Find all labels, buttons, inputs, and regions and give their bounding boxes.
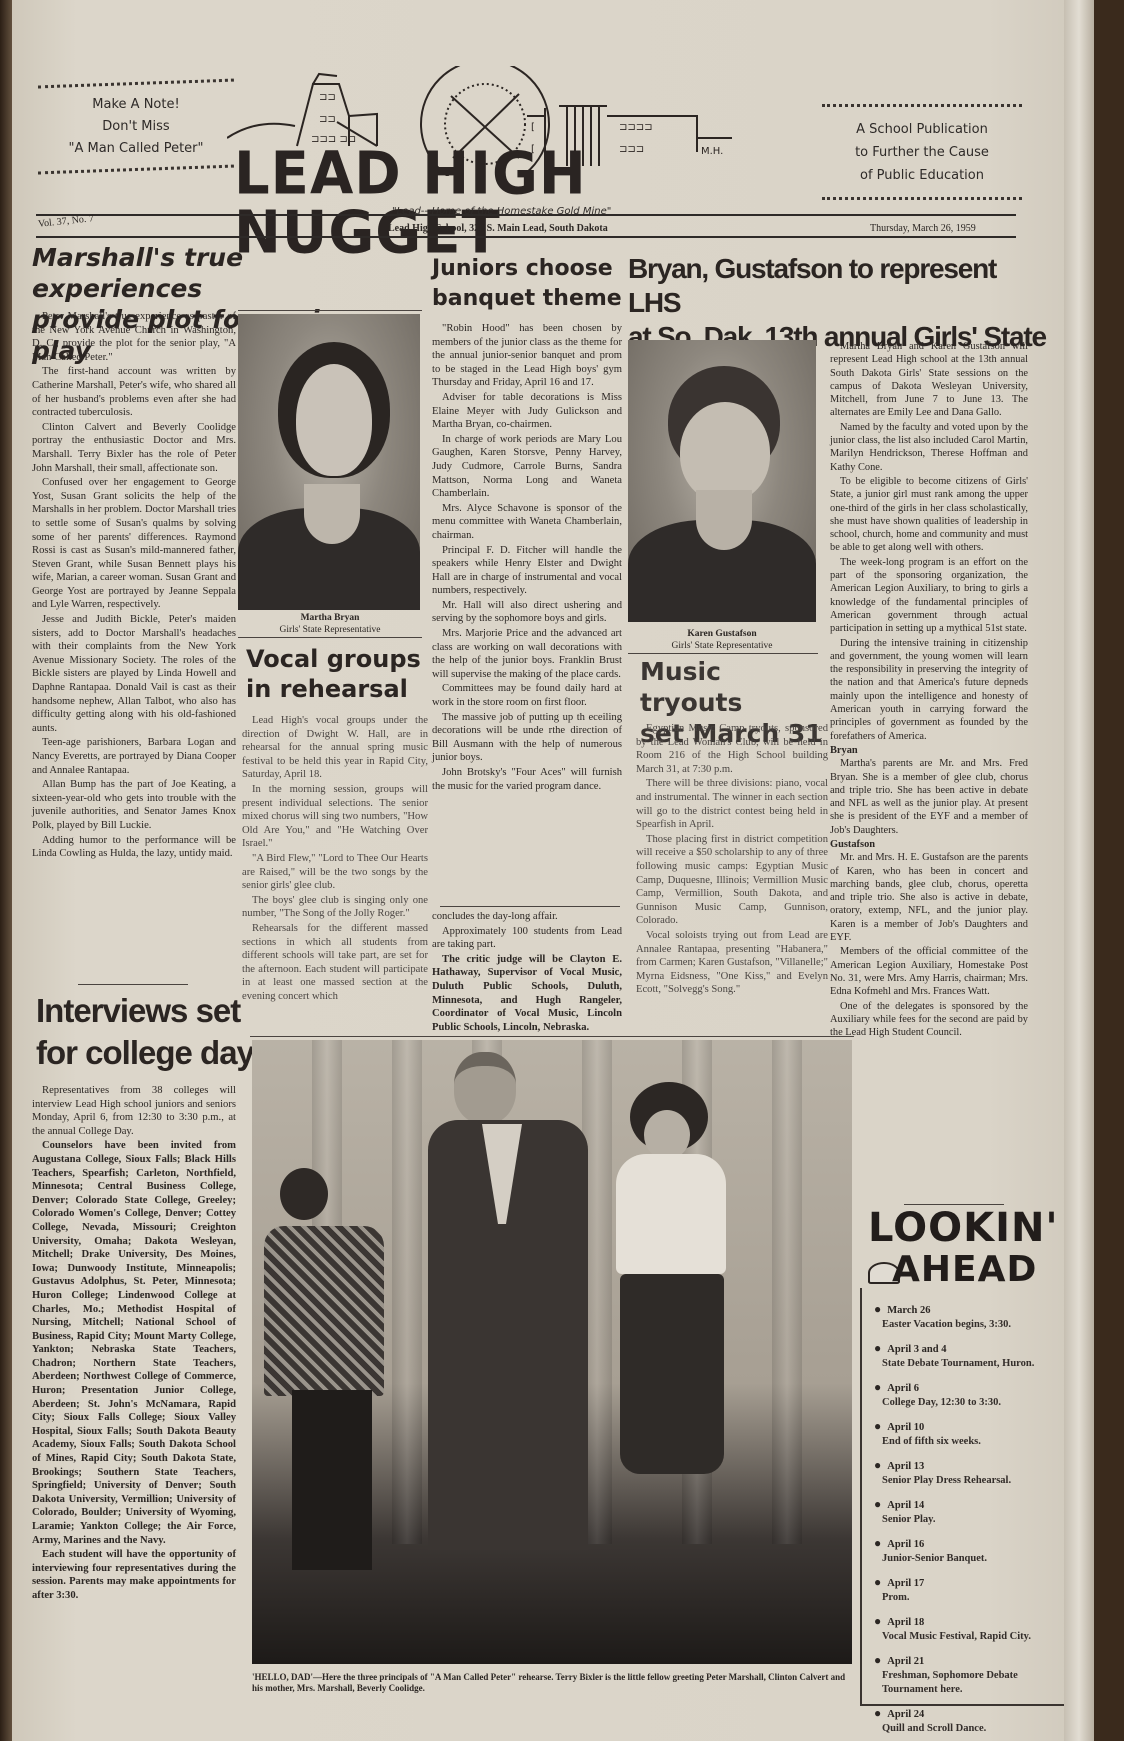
column-rule — [238, 310, 422, 311]
newspaper-page: Make A Note! Don't Miss "A Man Called Pe… — [12, 0, 1094, 1741]
paragraph: Martha Bryan and Karen Gustafson will re… — [830, 340, 1028, 420]
svg-text:⊐⊐⊐⊐: ⊐⊐⊐⊐ — [619, 122, 653, 133]
paragraph: Adviser for table decorations is Miss El… — [432, 391, 622, 432]
decorative-rule — [38, 79, 234, 90]
event-desc: Vocal Music Festival, Rapid City. — [874, 1630, 1054, 1644]
paragraph: The critic judge will be Clayton E. Hath… — [432, 953, 622, 1035]
martha-bryan-portrait — [238, 314, 420, 610]
headline-line: for college day — [36, 1032, 256, 1074]
column-rule — [238, 637, 422, 638]
column-rule — [628, 653, 818, 654]
paragraph: Lead High's vocal groups under the direc… — [242, 714, 428, 782]
event-item: April 13Senior Play Dress Rehearsal. — [874, 1458, 1054, 1488]
paragraph: Peter Marshall's true experience as past… — [32, 310, 236, 364]
event-desc: State Debate Tournament, Huron. — [874, 1357, 1054, 1371]
event-date: April 24 — [874, 1706, 1054, 1722]
paragraph: Those placing first in district competit… — [636, 833, 828, 928]
paragraph: In charge of work periods are Mary Lou G… — [432, 433, 622, 501]
curtain-fold — [392, 1040, 422, 1544]
headline-line: banquet theme — [432, 284, 632, 314]
paragraph: The boys' glee club is singing only one … — [242, 894, 428, 921]
promo-line: A School Publication — [822, 118, 1022, 141]
paragraph: Mr. Hall will also direct ushering and s… — [432, 599, 622, 626]
event-desc: Senior Play Dress Rehearsal. — [874, 1474, 1054, 1488]
paragraph: Mr. and Mrs. H. E. Gustafson are the par… — [830, 851, 1028, 944]
event-desc: Junior-Senior Banquet. — [874, 1552, 1054, 1566]
event-date: April 3 and 4 — [874, 1341, 1054, 1357]
caption-name: Karen Gustafson — [624, 628, 820, 640]
svg-text:⊐⊐: ⊐⊐ — [319, 114, 336, 125]
subhead-gustafson: Gustafson — [830, 838, 1028, 851]
paragraph: Egyptian Music Camp tryouts, sponsored b… — [636, 722, 828, 776]
paragraph: Committees may be found daily hard at wo… — [432, 682, 622, 709]
paragraph: Allan Bump has the part of Joe Keating, … — [32, 778, 236, 832]
event-date: April 17 — [874, 1575, 1054, 1591]
headline-line: Juniors choose — [432, 254, 632, 284]
paragraph: Representatives from 38 colleges will in… — [32, 1084, 236, 1138]
promo-line: to Further the Cause — [822, 141, 1022, 164]
decorative-rule — [822, 197, 1022, 201]
paragraph: Members of the official committee of the… — [830, 945, 1028, 998]
event-item: April 16Junior-Senior Banquet. — [874, 1536, 1054, 1566]
event-desc: Easter Vacation begins, 3:30. — [874, 1318, 1054, 1332]
event-desc: Senior Play. — [874, 1513, 1054, 1527]
paragraph: Counselors have been invited from August… — [32, 1139, 236, 1547]
headline-line: Interviews set — [36, 990, 256, 1032]
college-day-article: Representatives from 38 colleges will in… — [32, 1084, 236, 1604]
promo-line: Don't Miss — [38, 116, 234, 138]
photo-caption: 'HELLO, DAD'—Here the three principals o… — [252, 1672, 856, 1694]
portrait-face — [680, 402, 770, 502]
paragraph: The week-long program is an effort on th… — [830, 556, 1028, 636]
masthead-promo-left: Make A Note! Don't Miss "A Man Called Pe… — [38, 82, 234, 172]
headline-line: Vocal groups — [246, 644, 430, 674]
event-date: April 18 — [874, 1614, 1054, 1630]
portrait-face — [296, 364, 372, 476]
paragraph: Each student will have the opportunity o… — [32, 1548, 236, 1602]
event-date: April 13 — [874, 1458, 1054, 1474]
boy-figure — [292, 1390, 372, 1570]
paragraph: One of the delegates is sponsored by the… — [830, 1000, 1028, 1040]
curtain-fold — [772, 1040, 802, 1544]
paragraph: The massive job of putting up th eceilin… — [432, 711, 622, 765]
school-address: Lead High School, 320 S. Main Lead, Sout… — [388, 223, 608, 234]
paragraph: Principal F. D. Fitcher will handle the … — [432, 544, 622, 598]
event-item: April 6College Day, 12:30 to 3:30. — [874, 1380, 1054, 1410]
event-item: April 3 and 4State Debate Tournament, Hu… — [874, 1341, 1054, 1371]
headline-line: in rehearsal — [246, 674, 430, 704]
paragraph: Jesse and Judith Bickle, Peter's maiden … — [32, 613, 236, 735]
event-item: April 10End of fifth six weeks. — [874, 1419, 1054, 1449]
svg-text:[: [ — [531, 122, 535, 133]
subhead-bryan: Bryan — [830, 744, 1028, 757]
paragraph: Approximately 100 students from Lead are… — [432, 925, 622, 952]
event-desc: College Day, 12:30 to 3:30. — [874, 1396, 1054, 1410]
paragraph: concludes the day-long affair. — [432, 910, 622, 924]
paragraph: The first-hand account was written by Ca… — [32, 365, 236, 419]
lookin-ahead-title: LOOKIN' — [868, 1208, 1059, 1248]
caption-name: Martha Bryan — [238, 612, 422, 624]
paragraph: Martha's parents are Mr. and Mrs. Fred B… — [830, 757, 1028, 837]
paragraph: During the intensive training in citizen… — [830, 637, 1028, 743]
music-tryouts-article: Egyptian Music Camp tryouts, sponsored b… — [636, 722, 828, 998]
woman-figure — [616, 1154, 726, 1274]
woman-figure — [644, 1110, 690, 1160]
boy-figure — [280, 1168, 328, 1220]
masthead-rule — [36, 214, 1016, 216]
event-item: April 18Vocal Music Festival, Rapid City… — [874, 1614, 1054, 1644]
martha-bryan-caption: Martha Bryan Girls' State Representative — [238, 612, 422, 636]
event-date: April 6 — [874, 1380, 1054, 1396]
paragraph: John Brotsky's "Four Aces" will furnish … — [432, 766, 622, 793]
issue-date: Thursday, March 26, 1959 — [870, 223, 976, 234]
paragraph: Confused over her engagement to George Y… — [32, 476, 236, 612]
event-item: April 14Senior Play. — [874, 1497, 1054, 1527]
svg-text:⊐⊐: ⊐⊐ — [319, 92, 336, 103]
promo-line: Make A Note! — [38, 94, 234, 116]
caption-title: Girls' State Representative — [624, 640, 820, 652]
event-date: April 10 — [874, 1419, 1054, 1435]
event-date: April 14 — [874, 1497, 1054, 1513]
event-date: March 26 — [874, 1302, 1054, 1318]
paragraph: Clinton Calvert and Beverly Coolidge por… — [32, 421, 236, 475]
promo-line: of Public Education — [822, 164, 1022, 187]
vocal-groups-headline: Vocal groups in rehearsal — [246, 644, 430, 704]
karen-gustafson-portrait — [628, 340, 816, 622]
event-desc: Prom. — [874, 1591, 1054, 1605]
promo-line: "A Man Called Peter" — [38, 138, 234, 160]
event-desc: Quill and Scroll Dance. — [874, 1722, 1054, 1736]
vocal-groups-article: Lead High's vocal groups under the direc… — [242, 714, 428, 1004]
masthead-promo-right: A School Publication to Further the Caus… — [822, 104, 1022, 201]
paragraph: Vocal soloists trying out from Lead are … — [636, 929, 828, 997]
event-item: April 21Freshman, Sophomore Debate Tourn… — [874, 1653, 1054, 1697]
decorative-rule — [822, 104, 1022, 108]
page-edge — [1064, 0, 1094, 1741]
event-desc: Freshman, Sophomore Debate Tournament he… — [874, 1669, 1054, 1697]
paragraph: Named by the faculty and voted upon by t… — [830, 421, 1028, 474]
paragraph: Mrs. Marjorie Price and the advanced art… — [432, 627, 622, 681]
column-rule — [250, 1036, 854, 1037]
paragraph: "A Bird Flew," "Lord to Thee Our Hearts … — [242, 852, 428, 893]
paragraph: Mrs. Alyce Schavone is sponsor of the me… — [432, 502, 622, 543]
college-day-headline: Interviews set for college day — [36, 990, 256, 1074]
event-item: April 17Prom. — [874, 1575, 1054, 1605]
portrait-neck — [696, 490, 752, 550]
masthead-rule — [36, 236, 1016, 238]
girls-state-article: Martha Bryan and Karen Gustafson will re… — [830, 340, 1028, 1040]
vocal-groups-continued: concludes the day-long affair. Approxima… — [432, 910, 622, 1035]
decorative-rule — [38, 165, 234, 176]
headline-line: Marshall's true experiences — [32, 242, 412, 304]
headline-line: Bryan, Gustafson to represent LHS — [628, 252, 1048, 320]
event-item: April 24Quill and Scroll Dance. — [874, 1706, 1054, 1736]
paragraph: Rehearsals for the different massed sect… — [242, 922, 428, 1004]
man-figure — [454, 1052, 516, 1124]
boy-figure — [264, 1226, 384, 1396]
paragraph: In the morning session, groups will pres… — [242, 783, 428, 851]
paragraph: "Robin Hood" has been chosen by members … — [432, 322, 622, 390]
event-date: April 21 — [874, 1653, 1054, 1669]
banquet-article: "Robin Hood" has been chosen by members … — [432, 322, 622, 794]
paragraph: Teen-age parishioners, Barbara Logan and… — [32, 736, 236, 777]
column-rule — [440, 906, 620, 907]
banquet-headline: Juniors choose banquet theme — [432, 254, 632, 314]
senior-play-article: Peter Marshall's true experience as past… — [32, 310, 236, 862]
headline-line: Music tryouts — [640, 656, 830, 718]
events-calendar-box: March 26Easter Vacation begins, 3:30. Ap… — [860, 1288, 1066, 1706]
paragraph: There will be three divisions: piano, vo… — [636, 777, 828, 831]
senior-play-rehearsal-photo — [252, 1040, 852, 1664]
girls-state-headline: Bryan, Gustafson to represent LHS at So.… — [628, 252, 1048, 354]
event-desc: End of fifth six weeks. — [874, 1435, 1054, 1449]
column-rule — [78, 984, 188, 985]
karen-gustafson-caption: Karen Gustafson Girls' State Representat… — [624, 628, 820, 652]
woman-figure — [620, 1274, 724, 1474]
event-date: April 16 — [874, 1536, 1054, 1552]
paragraph: To be eligible to become citizens of Gir… — [830, 475, 1028, 555]
paragraph: Adding humor to the performance will be … — [32, 834, 236, 861]
portrait-neck — [304, 484, 360, 544]
event-item: March 26Easter Vacation begins, 3:30. — [874, 1302, 1054, 1332]
lookin-ahead-title: AHEAD — [892, 1250, 1037, 1290]
caption-title: Girls' State Representative — [238, 624, 422, 636]
